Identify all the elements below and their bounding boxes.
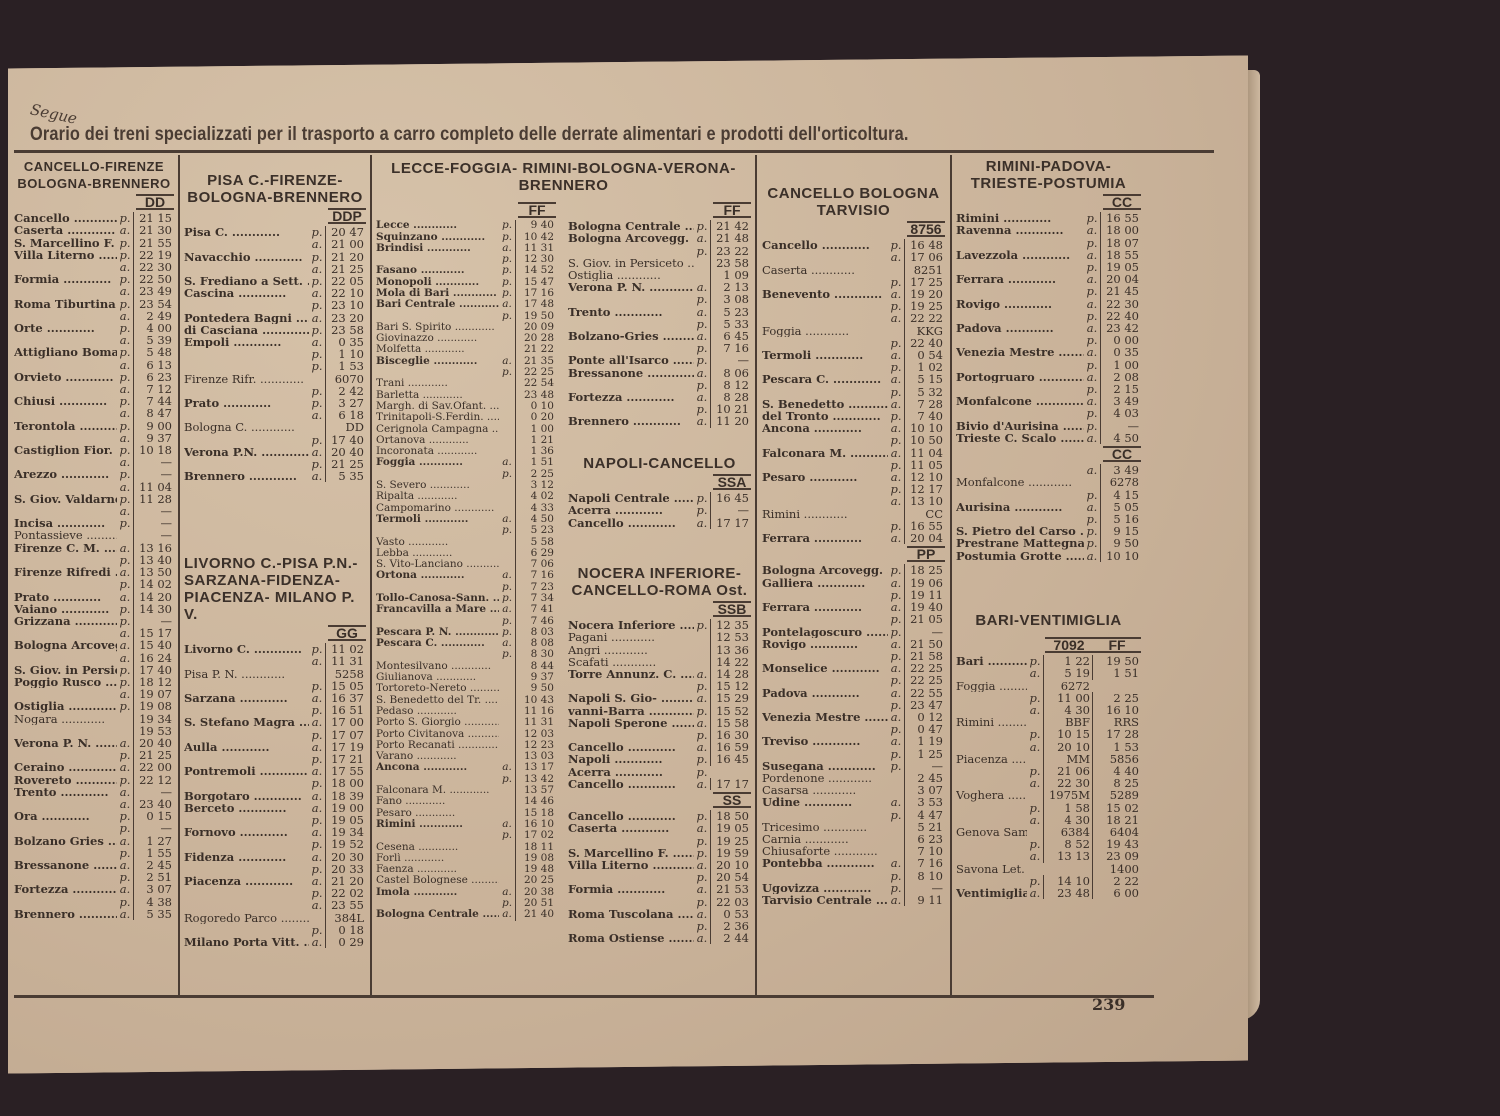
arr-dep-marker: p. <box>309 251 325 263</box>
timetable-row: Napoli S. Gio- ............a.15 29 <box>568 692 751 704</box>
timetable-row: p.3 08 <box>568 293 751 305</box>
section-napoli-cancello: NAPOLI-CANCELLO SSA Napoli Centrale ....… <box>568 455 751 529</box>
arr-dep-marker: a. <box>499 299 515 310</box>
time-cell: 21 05 <box>904 613 945 625</box>
arr-dep-marker: a. <box>117 652 133 664</box>
time-cell: 14 20 <box>133 591 174 603</box>
station-name: Trani ............ <box>376 378 499 389</box>
timetable-row: Lebba ............6 29 <box>376 548 556 559</box>
timetable-row: Bari Centrale ............a.17 48 <box>376 299 556 310</box>
station-name: Forlì ............ <box>376 853 499 864</box>
timetable-row: Monfalcone ............6278 <box>956 476 1141 488</box>
station-name: Lavezzola ............ <box>956 249 1084 261</box>
timetable-row: a.— <box>14 505 174 517</box>
timetable-row: p.7 16 <box>568 342 751 354</box>
time-cell: 13 10 <box>904 495 945 507</box>
timetable-rows: a.3 49Monfalcone ............6278p.4 15A… <box>956 464 1141 562</box>
arr-dep-marker: p. <box>694 753 710 765</box>
timetable-rows: Napoli Centrale ............p.16 45Acerr… <box>568 492 751 529</box>
arr-dep-marker: a. <box>499 909 515 920</box>
station-name: Tollo-Canosa-Sann. ............ <box>376 593 499 604</box>
timetable-row: Cancello ............a.17 17 <box>568 517 751 529</box>
time-cell: 1 53 <box>325 360 366 372</box>
arr-dep-marker: p. <box>888 748 904 760</box>
timetable-row: Ortanova ............1 21 <box>376 435 556 446</box>
timetable-row: p.4 03 <box>956 407 1141 419</box>
arr-dep-marker: a. <box>888 687 904 699</box>
time-cell: 4 03 <box>1100 407 1141 419</box>
section-title: CANCELLO BOLOGNA TARVISIO <box>762 185 945 219</box>
time-cell: 1 51 <box>1092 667 1141 679</box>
time-cell: 20 10 <box>1043 741 1092 753</box>
time-cell: 3 07 <box>133 883 174 895</box>
timetable-rows: Rimini ............p.16 55Ravenna ......… <box>956 212 1141 444</box>
station-name: Torre Annunz. C. ............ <box>568 668 694 680</box>
train-code: DDP <box>328 208 366 224</box>
time-cell: — <box>133 468 174 480</box>
station-name: vanni-Barra ............ <box>568 705 694 717</box>
arr-dep-marker: a. <box>117 761 133 773</box>
time-cell: 8 06 <box>710 367 751 379</box>
timetable-row: S. Vito-Lanciano ............7 06 <box>376 559 556 570</box>
station-name: Pedaso ............ <box>376 706 499 717</box>
station-name: Bressanone ............ <box>14 859 117 871</box>
time-cell: 5 23 <box>710 306 751 318</box>
station-name: Monopoli ............ <box>376 277 499 288</box>
station-name: Porto Civitanova ............ <box>376 729 499 740</box>
station-name: Ancona ............ <box>376 762 499 773</box>
timetable-row: Roma Tiburtina ............p.23 54 <box>14 298 174 310</box>
timetable-row: Acerra ............p. <box>568 766 751 778</box>
station-name: Pontelagoscuro ............ <box>762 626 888 638</box>
station-name: Attigliano Bomarzo ............ <box>14 346 117 358</box>
time-cell: 5 19 <box>1043 667 1092 679</box>
time-cell: 11 31 <box>515 717 556 728</box>
section-nocera-roma: NOCERA INFERIORE- CANCELLO-ROMA Ost. SSB… <box>568 565 751 944</box>
station-name: Napoli S. Gio- ............ <box>568 692 694 704</box>
arr-dep-marker: p. <box>117 237 133 249</box>
time-cell: 3 53 <box>904 796 945 808</box>
time-cell: 6 00 <box>1092 887 1141 899</box>
timetable-row: Pontedera Bagni ............a.23 20 <box>184 312 366 324</box>
arr-dep-marker: a. <box>117 883 133 895</box>
timetable-row: a.16 24 <box>14 652 174 664</box>
station-name: Orte ............ <box>14 322 117 334</box>
timetable-rows: Bologna Centrale ............p.21 42Bolo… <box>568 220 751 427</box>
arr-dep-marker: a. <box>117 591 133 603</box>
arr-dep-marker: a. <box>117 639 133 651</box>
time-cell: 23 20 <box>325 312 366 324</box>
timetable-row: Foggia ............KKG <box>762 325 945 337</box>
station-name: Roma Tiburtina ............ <box>14 298 117 310</box>
station-name: Milano Porta Vitt. ............ <box>184 936 309 948</box>
station-name: Nogara ............ <box>14 713 117 725</box>
station-name: S. Benedetto ............ <box>762 398 888 410</box>
time-cell: 18 25 <box>904 564 945 576</box>
column-divider <box>950 155 952 995</box>
time-cell: 22 55 <box>904 687 945 699</box>
station-name: Bari ............ <box>956 655 1027 667</box>
timetable-row: Napoli ............p.16 45 <box>568 753 751 765</box>
station-name: Prato ............ <box>184 397 309 409</box>
time-cell: 21 45 <box>1100 285 1141 297</box>
timetable-row: Trinitapoli-S.Ferdin. ............0 20 <box>376 412 556 423</box>
station-name: Tarvisio Centrale ............ <box>762 894 888 906</box>
page-number: 239 <box>1092 995 1125 1014</box>
arr-dep-marker: p. <box>1027 728 1043 740</box>
station-name: Termoli ............ <box>762 349 888 361</box>
station-name: Padova ............ <box>956 322 1084 334</box>
timetable-row: Nogara ............19 34 <box>14 713 174 725</box>
timetable-row: p.— <box>14 822 174 834</box>
timetable-row: a.6 18 <box>184 409 366 421</box>
station-name: Poggio Rusco ............ <box>14 676 117 688</box>
station-name: Bivio d'Aurisina ............ <box>956 420 1084 432</box>
timetable-row: a.17 06 <box>762 251 945 263</box>
time-cell: 8 10 <box>904 870 945 882</box>
timetable-row: Attigliano Bomarzo ............p.5 48 <box>14 346 174 358</box>
station-name: Pesaro ............ <box>376 808 499 819</box>
timetable-row: p.21 05 <box>762 613 945 625</box>
station-name: Foggia ............ <box>956 680 1027 692</box>
station-name: Falconara M. ............ <box>762 447 888 459</box>
timetable-row: Brennero ............a.5 35 <box>184 470 366 482</box>
section-title: CANCELLO-FIRENZE BOLOGNA-BRENNERO <box>14 158 174 192</box>
time-cell: 5 35 <box>325 470 366 482</box>
timetable-row: p.21 45 <box>956 285 1141 297</box>
timetable-row: Fortezza ............a.3 07 <box>14 883 174 895</box>
arr-dep-marker: a. <box>694 517 710 529</box>
station-name: Cesena ............ <box>376 842 499 853</box>
timetable-row: Postumia Grotte ............a.10 10 <box>956 550 1141 562</box>
page-title: Orario dei treni specializzati per il tr… <box>30 124 909 146</box>
time-cell: 14 46 <box>515 796 556 807</box>
time-cell: 21 30 <box>133 224 174 236</box>
arr-dep-marker: p. <box>888 674 904 686</box>
arr-dep-marker: p. <box>499 265 515 276</box>
time-cell: 9 50 <box>1100 537 1141 549</box>
time-cell: 5 15 <box>904 373 945 385</box>
station-name: Ora ............ <box>14 810 117 822</box>
station-name: Pontassieve ............ <box>14 529 117 541</box>
arr-dep-marker: a. <box>888 796 904 808</box>
timetable-row: Tarvisio Centrale ............a.9 11 <box>762 894 945 906</box>
station-name: Barletta ............ <box>376 390 499 401</box>
timetable-row: p.8 30 <box>376 649 556 660</box>
arr-dep-marker: a. <box>117 835 133 847</box>
station-name: Benevento ............ <box>762 288 888 300</box>
time-cell: 23 55 <box>325 899 366 911</box>
timetable-row: Ferrara ............a.20 04 <box>762 532 945 544</box>
arr-dep-marker: a. <box>117 407 133 419</box>
station-name: Castel Bolognese ............ <box>376 875 499 886</box>
time-cell: 21 20 <box>325 251 366 263</box>
station-name: Genova Samp. Sc. ............ <box>956 826 1027 838</box>
timetable-row: Campomarino ............4 33 <box>376 503 556 514</box>
station-name: Galliera ............ <box>762 577 888 589</box>
arr-dep-marker: p. <box>888 434 904 446</box>
timetable-row: p.4 38 <box>14 896 174 908</box>
time-cell: 13 36 <box>710 644 751 656</box>
timetable-row: Ostiglia ............p.19 08 <box>14 700 174 712</box>
station-name: Bologna C. ............ <box>184 421 309 433</box>
station-name: S. Frediano a Sett. ............ <box>184 275 309 287</box>
arr-dep-marker: a. <box>309 936 325 948</box>
arr-dep-marker: a. <box>117 908 133 920</box>
time-cell: 5289 <box>1092 789 1141 801</box>
time-cell: 17 07 <box>325 729 366 741</box>
station-name: Termoli ............ <box>376 514 499 525</box>
timetable-row: Caserta ............a.19 05 <box>568 822 751 834</box>
timetable-row: S. Marcellino F. ............p.21 55 <box>14 237 174 249</box>
station-name: Lebba ............ <box>376 548 499 559</box>
station-name: Molfetta ............ <box>376 344 499 355</box>
timetable-row: p.18 00 <box>184 777 366 789</box>
station-name: Cascina ............ <box>184 287 309 299</box>
time-cell: DD <box>325 421 366 433</box>
time-cell: 9 40 <box>515 220 556 231</box>
timetable-row: Incisa ............p.— <box>14 517 174 529</box>
timetable-row: p.2 25 <box>376 469 556 480</box>
arr-dep-marker: p. <box>499 220 515 231</box>
arr-dep-marker: p. <box>117 822 133 834</box>
arr-dep-marker: a. <box>309 238 325 250</box>
arr-dep-marker: p. <box>1084 285 1100 297</box>
section-bari-ventimiglia: BARI-VENTIMIGLIA 7092 FF Bari ..........… <box>956 612 1141 899</box>
arr-dep-marker: a. <box>888 857 904 869</box>
timetable-row: Fano ............14 46 <box>376 796 556 807</box>
time-cell: 18 00 <box>1100 224 1141 236</box>
timetable-row: Trieste C. Scalo ............a.4 50 <box>956 432 1141 444</box>
station-name: Bolzano Gries ............ <box>14 835 117 847</box>
arr-dep-marker: a. <box>888 373 904 385</box>
time-cell: 1 27 <box>133 835 174 847</box>
station-name: Ripalta ............ <box>376 491 499 502</box>
timetable-row: Pescara C. ............a.8 08 <box>376 638 556 649</box>
timetable-row: Bologna Centrale ............a.21 40 <box>376 909 556 920</box>
station-name: Rimini ............ <box>762 508 888 520</box>
station-name: Voghera ............ <box>956 789 1027 801</box>
time-cell: 10 10 <box>1100 550 1141 562</box>
time-cell: 5258 <box>325 668 366 680</box>
station-name: Empoli ............ <box>184 336 309 348</box>
station-name: Cancello ............ <box>14 212 117 224</box>
station-name: Pesaro ............ <box>762 471 888 483</box>
arr-dep-marker: p. <box>694 705 710 717</box>
timetable-row: Bologna Arcovegg. ............p.18 25 <box>762 564 945 576</box>
station-name: Angri ............ <box>568 644 694 656</box>
timetable-rows: Bari ............p.1 2219 50a.5 191 51Fo… <box>956 655 1141 899</box>
station-name: Casarsa ............ <box>762 784 888 796</box>
train-code: FF <box>518 202 556 218</box>
station-name: Ravenna ............ <box>956 224 1084 236</box>
station-name: Verona P.N. ............ <box>184 446 309 458</box>
arr-dep-marker: p. <box>117 578 133 590</box>
arr-dep-marker: p. <box>888 386 904 398</box>
arr-dep-marker: a. <box>1084 298 1100 310</box>
time-cell: 15 52 <box>710 705 751 717</box>
arr-dep-marker: a. <box>1084 224 1100 236</box>
section-title: LIVORNO C.-PISA P.N.- SARZANA-FIDENZA- P… <box>184 555 366 623</box>
arr-dep-marker: a. <box>694 883 710 895</box>
timetable-row: Arezzo ............p.— <box>14 468 174 480</box>
station-name: Padova ............ <box>762 687 888 699</box>
timetable-row: Ripalta ............4 02 <box>376 491 556 502</box>
timetable-row: Barletta ............23 48 <box>376 390 556 401</box>
station-name: Fortezza ............ <box>14 883 117 895</box>
arr-dep-marker: a. <box>1027 667 1043 679</box>
arr-dep-marker: a. <box>1084 346 1100 358</box>
arr-dep-marker: p. <box>499 311 515 322</box>
station-name: Chiusi ............ <box>14 395 117 407</box>
arr-dep-marker: p. <box>888 809 904 821</box>
time-cell: 0 29 <box>325 936 366 948</box>
time-cell: 17 17 <box>710 778 751 790</box>
timetable-row: p.23 22 <box>568 245 751 257</box>
section-title: PISA C.-FIRENZE- BOLOGNA-BRENNERO <box>184 172 366 206</box>
arr-dep-marker: a. <box>888 312 904 324</box>
timetable-row: Foggia ............6272 <box>956 680 1141 692</box>
time-cell: 22 54 <box>515 378 556 389</box>
timetable-row: a.8 47 <box>14 407 174 419</box>
train-code: CC <box>1103 446 1141 462</box>
station-name: Chiusaforte ............ <box>762 845 888 857</box>
station-name: Trento ............ <box>568 306 694 318</box>
arr-dep-marker: a. <box>1084 550 1100 562</box>
timetable-row: Foggia ............a.1 51 <box>376 457 556 468</box>
time-cell: 17 28 <box>1092 728 1141 740</box>
station-name: S. Giov. in Persiceto ............ <box>568 257 694 269</box>
station-name: Ferrara ............ <box>956 273 1084 285</box>
timetable-row: p.23 10 <box>184 299 366 311</box>
time-cell: 1 25 <box>904 748 945 760</box>
station-name: Aulla ............ <box>184 741 309 753</box>
timetable-row: Cancello ............a.17 17 <box>568 778 751 790</box>
station-name: Rogoredo Parco ............ <box>184 912 309 924</box>
station-name: Monfalcone ............ <box>956 476 1084 488</box>
station-name: Acerra ............ <box>568 766 694 778</box>
timetable-rows: Bologna Arcovegg. ............p.18 25Gal… <box>762 564 945 906</box>
station-name: Cancello ............ <box>762 239 888 251</box>
train-code: 7092 <box>1045 637 1093 653</box>
arr-dep-marker: a. <box>117 285 133 297</box>
station-name: Vaiano ............ <box>14 603 117 615</box>
timetable-row: a.6 13 <box>14 359 174 371</box>
time-cell: 15 29 <box>710 692 751 704</box>
section-title: NAPOLI-CANCELLO <box>568 455 751 472</box>
time-cell: 18 07 <box>1100 237 1141 249</box>
station-name: Ancona ............ <box>762 422 888 434</box>
time-cell: 19 52 <box>325 838 366 850</box>
timetable-row: Ceraino ............a.22 00 <box>14 761 174 773</box>
station-name: Faenza ............ <box>376 864 499 875</box>
arr-dep-marker: a. <box>694 932 710 944</box>
station-name: Verona P. N. ............ <box>568 281 694 293</box>
timetable-row: Bressanone ............a.8 06 <box>568 367 751 379</box>
timetable-row: Bolzano Gries ............a.1 27 <box>14 835 174 847</box>
time-cell: 22 30 <box>1100 298 1141 310</box>
arr-dep-marker: a. <box>694 692 710 704</box>
timetable-row: Borgotaro ............a.18 39 <box>184 790 366 802</box>
timetable-row: Incoronata ............1 36 <box>376 446 556 457</box>
time-cell: 23 48 <box>1043 887 1092 899</box>
time-cell: 22 22 <box>904 312 945 324</box>
timetable-row: p.17 07 <box>184 729 366 741</box>
station-name: Susegana ............ <box>762 760 888 772</box>
section-cancello-tarvisio: CANCELLO BOLOGNA TARVISIO 8756 Cancello … <box>762 185 945 906</box>
station-name: del Tronto ............ <box>762 410 888 422</box>
time-cell: — <box>133 529 174 541</box>
station-name: Napoli ............ <box>568 753 694 765</box>
timetable-row: S. Severo ............3 12 <box>376 480 556 491</box>
arr-dep-marker: p. <box>309 729 325 741</box>
station-name: Postumia Grotte ............ <box>956 550 1084 562</box>
timetable-row: Ventimiglia ............a.23 486 00 <box>956 887 1141 899</box>
station-name: Nocera Inferiore ............ <box>568 619 694 631</box>
timetable-row: p.7 46 <box>376 616 556 627</box>
station-name: Tricesimo ............ <box>762 821 888 833</box>
time-cell: 11 31 <box>325 655 366 667</box>
station-name: Bologna Centrale ............ <box>568 220 694 232</box>
station-name: Venezia Mestre ............ <box>956 346 1084 358</box>
time-cell: 14 02 <box>133 578 174 590</box>
station-name: S. Marcellino F. ............ <box>568 847 694 859</box>
timetable-row: Firenze Rifr. ............6070 <box>184 373 366 385</box>
timetable-row: p.1 5815 02 <box>956 802 1141 814</box>
arr-dep-marker: p. <box>117 346 133 358</box>
time-cell: 0 35 <box>1100 346 1141 358</box>
station-name: Pagani ............ <box>568 631 694 643</box>
arr-dep-marker: a. <box>888 735 904 747</box>
station-name: S. Stefano Magra ............ <box>184 716 309 728</box>
section-title: LECCE-FOGGIA- RIMINI-BOLOGNA-VERONA-BREN… <box>376 160 751 194</box>
timetable-row: Tollo-Canosa-Sann. ............p.7 34 <box>376 593 556 604</box>
timetable-row: Prestrane Mattegna ............p.9 50 <box>956 537 1141 549</box>
time-cell: 1 19 <box>904 735 945 747</box>
section-lecce-foggia-bologna: FF Lecce ............p.9 40Squinzano ...… <box>376 200 556 921</box>
time-cell: 10 50 <box>904 434 945 446</box>
time-cell: 6 13 <box>133 359 174 371</box>
station-name: Napoli Sperone ............ <box>568 717 694 729</box>
station-name: Piacenza ............ <box>184 875 309 887</box>
train-code: CC <box>1103 194 1141 210</box>
timetable-row: Pescara P. N. ............p.8 03 <box>376 627 556 638</box>
station-name: Bari Centrale ............ <box>376 299 499 310</box>
timetable-rows: Nocera Inferiore ............p.12 35Paga… <box>568 619 751 790</box>
time-cell: 19 34 <box>133 713 174 725</box>
station-name: Pescara P. N. ............ <box>376 627 499 638</box>
arr-dep-marker: p. <box>888 626 904 638</box>
section-bologna-brennero: FF Bologna Centrale ............p.21 42B… <box>568 200 751 428</box>
timetable-row: Acerra ............p.— <box>568 504 751 516</box>
station-name: Savona Let. ............ <box>956 863 1027 875</box>
station-name: Caserta ............ <box>762 264 888 276</box>
timetable-row: a.— <box>14 456 174 468</box>
station-name: Napoli Centrale ............ <box>568 492 694 504</box>
arr-dep-marker: p. <box>1084 537 1100 549</box>
timetable-row: Montesilvano ............8 44 <box>376 661 556 672</box>
station-name: Fidenza ............ <box>184 851 309 863</box>
section-title: RIMINI-PADOVA- TRIESTE-POSTUMIA <box>956 158 1141 192</box>
station-name: Lecce ............ <box>376 220 499 231</box>
timetable-row: p.8 10 <box>762 870 945 882</box>
section-title: BARI-VENTIMIGLIA <box>956 612 1141 629</box>
station-name: Prato ............ <box>14 591 117 603</box>
timetable-row: Treviso ............a.1 19 <box>762 735 945 747</box>
timetable-row: Trento ............a.5 23 <box>568 306 751 318</box>
station-name: Rovigo ............ <box>762 638 888 650</box>
arr-dep-marker: a. <box>499 604 515 615</box>
